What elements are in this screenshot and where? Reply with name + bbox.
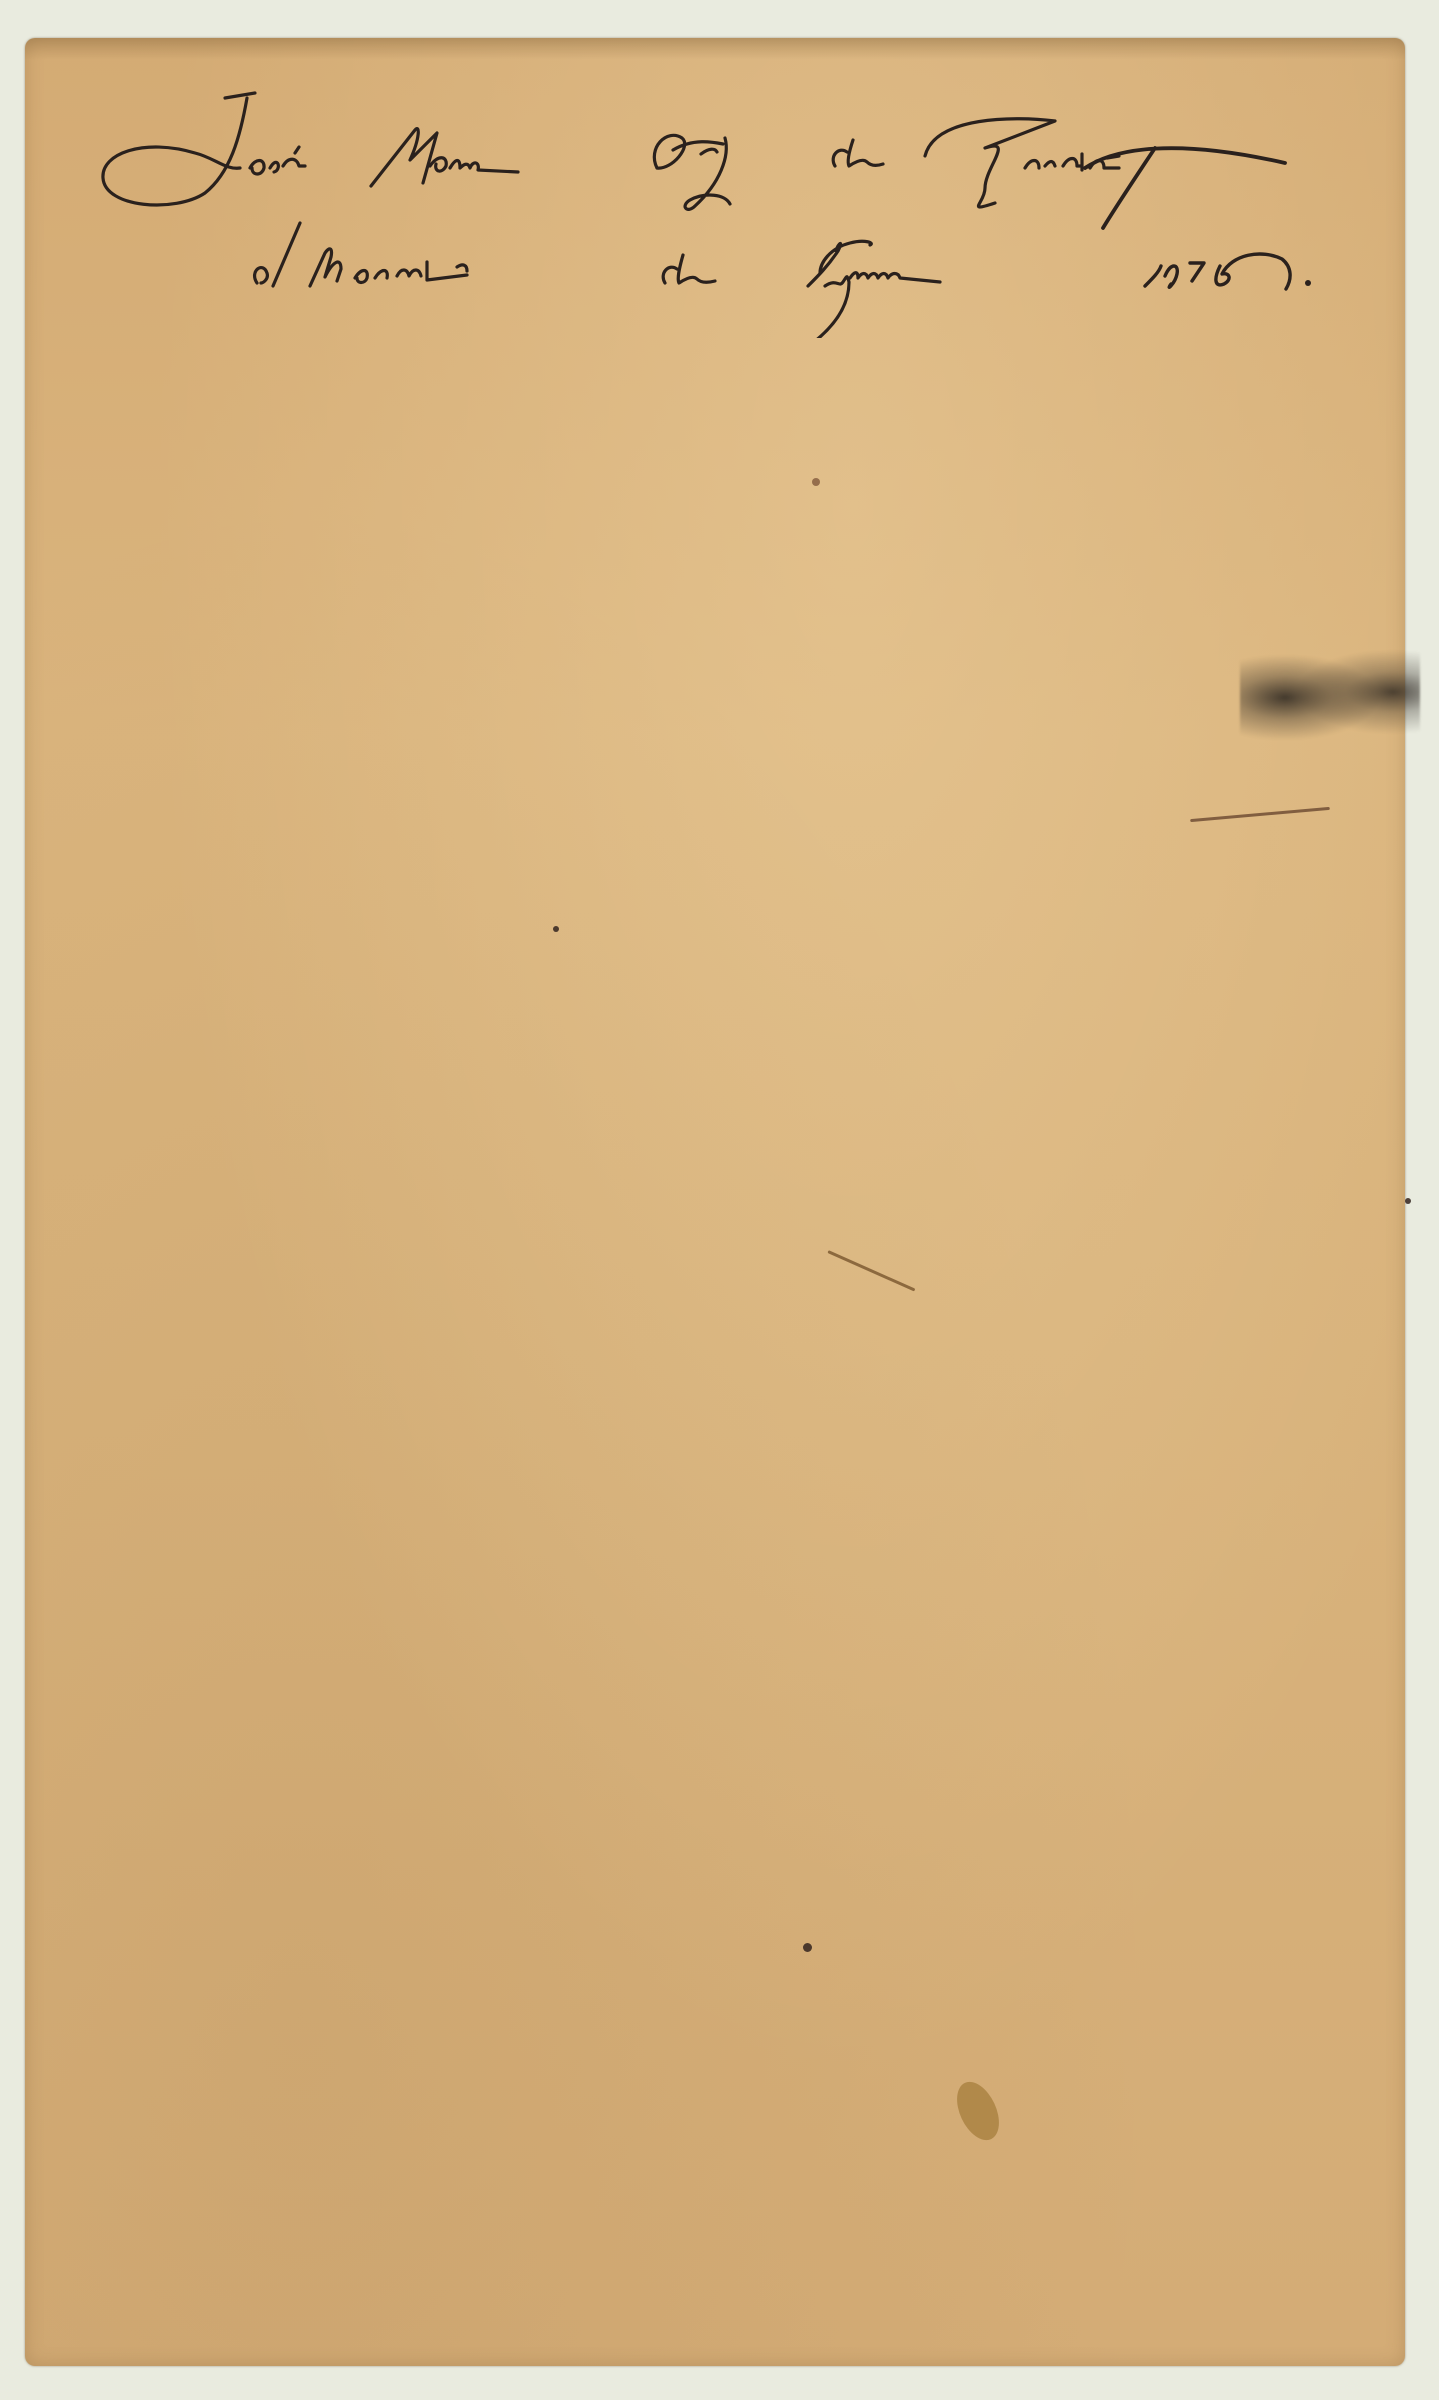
rust-spot bbox=[812, 478, 820, 486]
ink-spot bbox=[553, 926, 559, 932]
script-strokes bbox=[25, 38, 1405, 338]
pencil-streak bbox=[1190, 807, 1330, 822]
ink-spot bbox=[803, 1943, 812, 1952]
surface-scratch bbox=[827, 1250, 915, 1291]
handwritten-inscription: José María Ortiz de Zárate y el Maestro … bbox=[25, 38, 1405, 338]
water-stain bbox=[949, 2075, 1008, 2146]
card-back: José María Ortiz de Zárate y el Maestro … bbox=[25, 38, 1405, 2366]
ink-spot bbox=[1405, 1198, 1411, 1204]
ink-smudge bbox=[1240, 648, 1420, 758]
